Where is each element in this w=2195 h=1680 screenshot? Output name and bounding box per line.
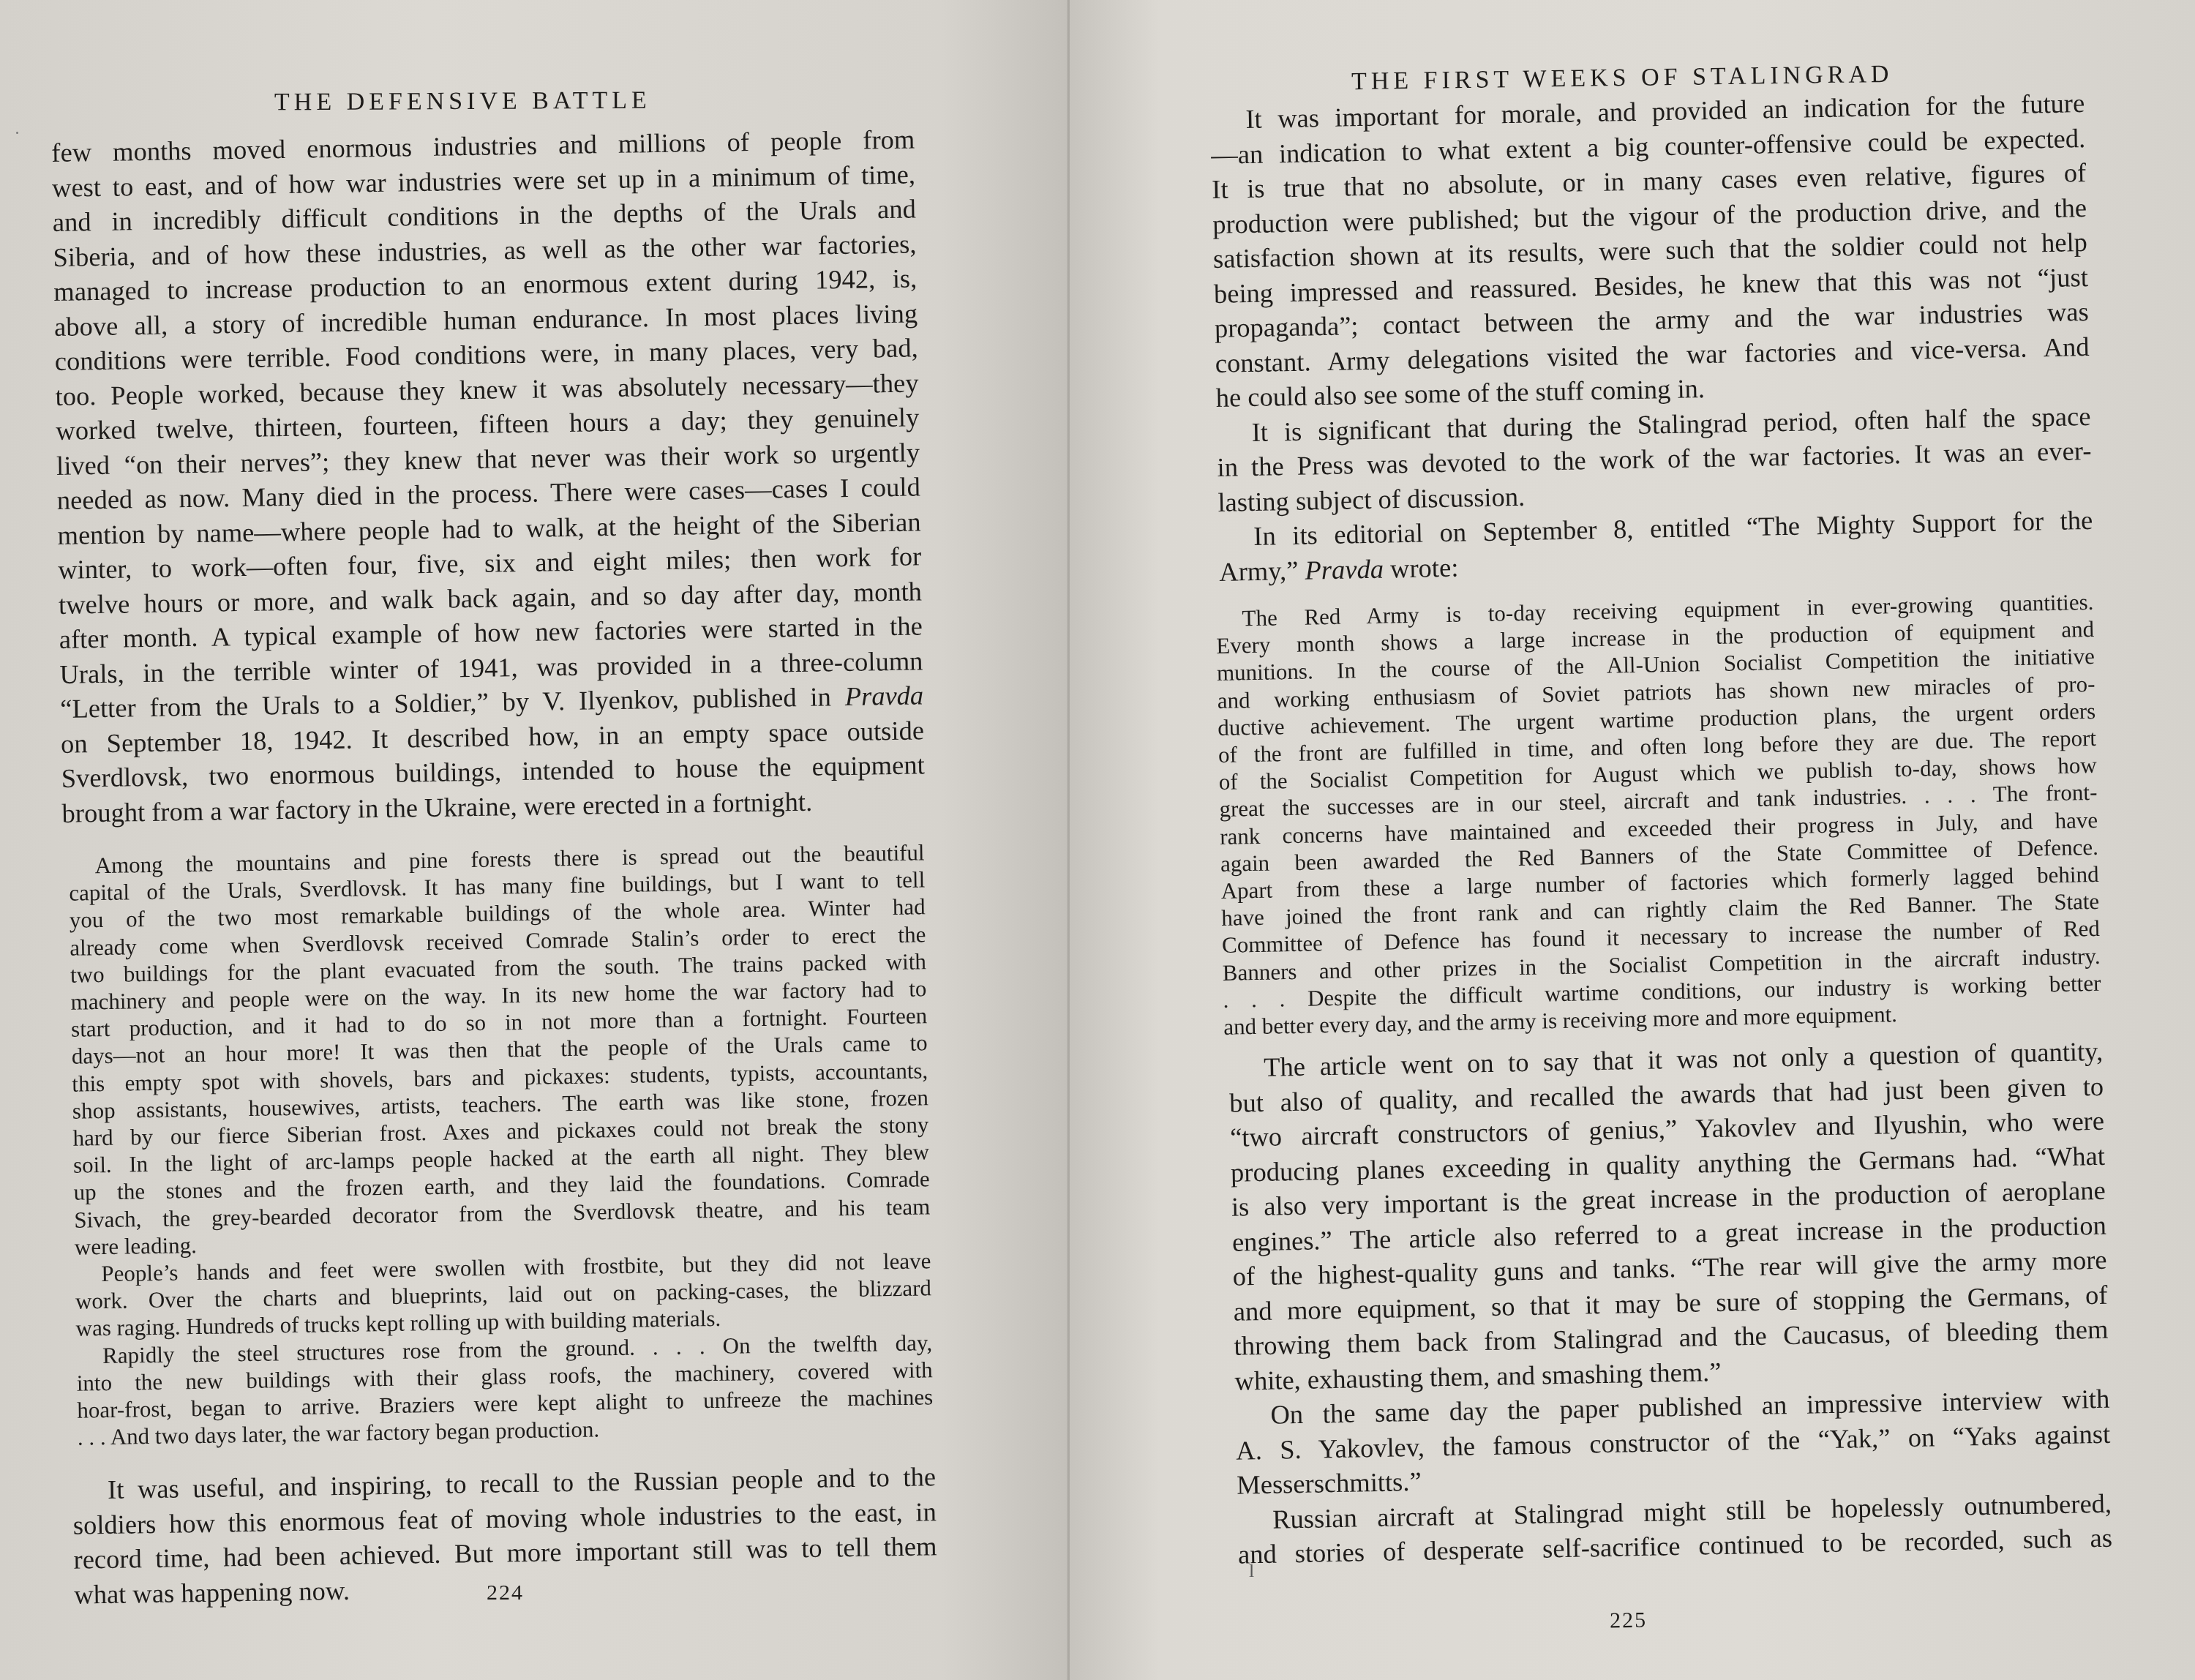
block-quote-letter: Among the mountains and pine forests the… xyxy=(68,839,934,1451)
right-paragraph-5: On the same day the paper published an i… xyxy=(1235,1381,2112,1502)
quote-paragraph: The Red Army is to-day receiving equipme… xyxy=(1215,588,2101,1040)
running-head-left: THE DEFENSIVE BATTLE xyxy=(274,87,651,117)
italic-title: Pravda xyxy=(844,680,923,711)
italic-title: Pravda xyxy=(1305,553,1384,585)
left-page: THE DEFENSIVE BATTLE few months moved en… xyxy=(0,0,1070,1680)
text-segment: wrote: xyxy=(1384,552,1459,583)
block-quote-pravda: The Red Army is to-day receiving equipme… xyxy=(1215,588,2101,1040)
stray-mark: l xyxy=(1249,1560,1254,1582)
left-page-body: few months moved enormous industries and… xyxy=(51,121,938,1612)
page-number-right: 225 xyxy=(1610,1608,1648,1634)
book-spread: THE DEFENSIVE BATTLE few months moved en… xyxy=(0,0,2195,1680)
quote-paragraph-1: Among the mountains and pine forests the… xyxy=(68,839,931,1260)
right-paragraph-2: It is significant that during the Stalin… xyxy=(1216,398,2093,519)
right-paragraph-1: It was important for morale, and provide… xyxy=(1210,86,2090,415)
text-segment: Army,” xyxy=(1219,555,1299,586)
right-paragraph-4: The article went on to say that it was n… xyxy=(1228,1034,2109,1398)
quote-paragraph-2: People’s hands and feet were swollen wit… xyxy=(75,1247,932,1342)
page-number-left: 224 xyxy=(487,1580,524,1605)
right-page: THE FIRST WEEKS OF STALINGRAD It was imp… xyxy=(1070,0,2195,1680)
quote-paragraph-3: Rapidly the steel structures rose from t… xyxy=(76,1329,934,1451)
left-paragraph-1: few months moved enormous industries and… xyxy=(51,121,926,830)
right-page-body: It was important for morale, and provide… xyxy=(1210,86,2112,1572)
stray-dot xyxy=(16,132,18,134)
